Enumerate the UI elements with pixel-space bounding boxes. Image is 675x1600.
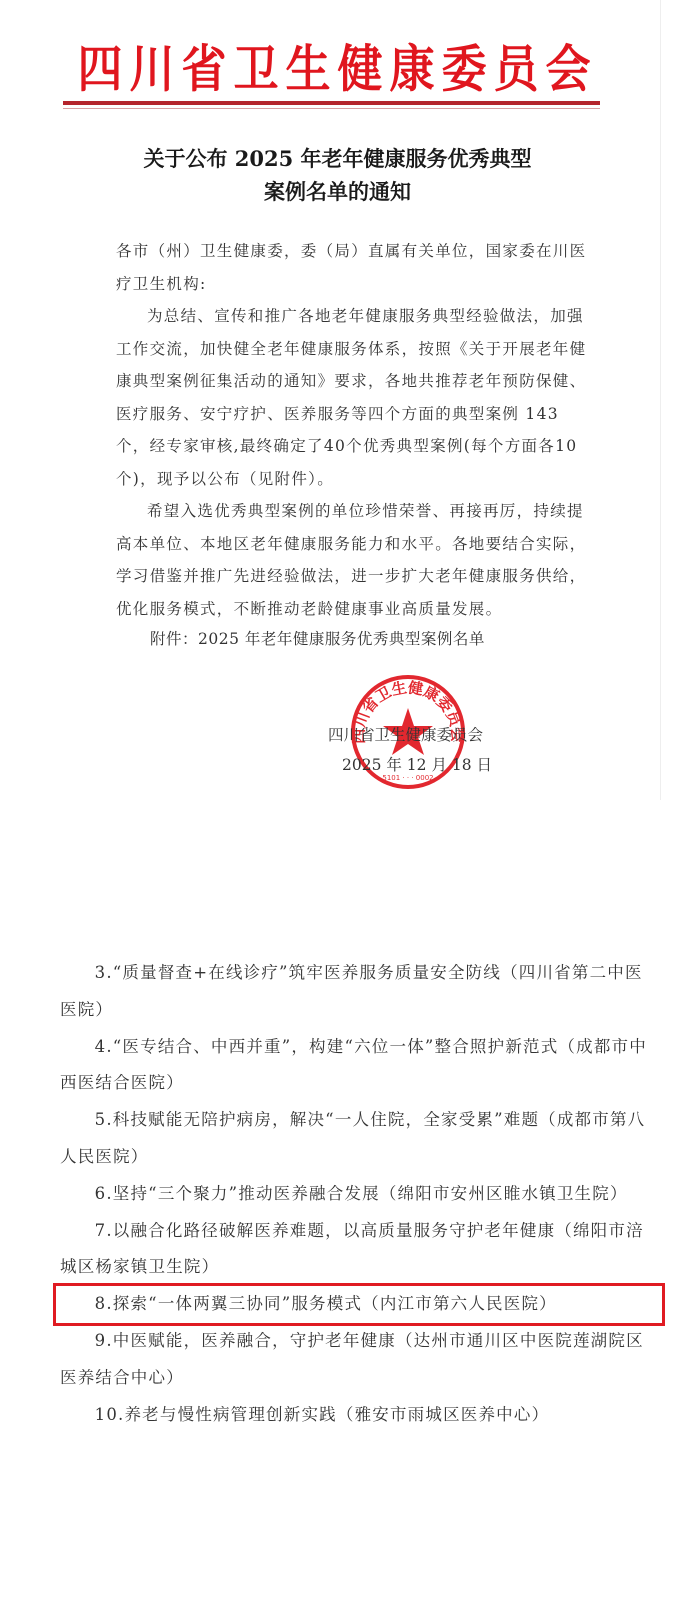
signature-date: 2025 年 12 月 18 日 [328,750,528,780]
salutation: 各市（州）卫生健康委，委（局）直属有关单位，国家委在川医疗卫生机构: [116,235,596,300]
list-item-9: 9.中医赋能，医养融合，守护老年健康（达州市通川区中医院莲湖院区医养结合中心） [60,1323,660,1397]
document-body: 各市（州）卫生健康委，委（局）直属有关单位，国家委在川医疗卫生机构: 为总结、宣… [116,235,596,625]
attachment-note: 附件：2025 年老年健康服务优秀典型案例名单 [150,627,485,649]
masthead-title: 四川省卫生健康委员会 [0,28,675,101]
list-item-3: 3.“质量督查+在线诊疗”筑牢医养服务质量安全防线（四川省第二中医医院） [60,955,660,1029]
document-title-line-2: 案例名单的通知 [0,175,675,208]
paragraph-1: 为总结、宣传和推广各地老年健康服务典型经验做法，加强工作交流，加快健全老年健康服… [116,300,596,495]
notice-page: 四川省卫生健康委员会 关于公布 2025 年老年健康服务优秀典型 案例名单的通知… [0,0,661,800]
document-title: 关于公布 2025 年老年健康服务优秀典型 案例名单的通知 [0,142,675,208]
masthead-rule-thin [63,108,600,109]
list-item-10: 10.养老与慢性病管理创新实践（雅安市雨城区医养中心） [60,1397,660,1434]
case-list: 3.“质量督查+在线诊疗”筑牢医养服务质量安全防线（四川省第二中医医院） 4.“… [60,955,660,1433]
masthead-rule-thick [63,101,600,105]
document-title-line-1: 关于公布 2025 年老年健康服务优秀典型 [0,142,675,175]
signature-block: 四川省卫生健康委员会 2025 年 12 月 18 日 [328,720,528,780]
list-item-7: 7.以融合化路径破解医养难题，以高质量服务守护老年健康（绵阳市涪城区杨家镇卫生院… [60,1213,660,1287]
list-item-5: 5.科技赋能无陪护病房，解决“一人住院，全家受累”难题（成都市第八人民医院） [60,1102,660,1176]
paragraph-2: 希望入选优秀典型案例的单位珍惜荣誉、再接再厉，持续提高本单位、本地区老年健康服务… [116,495,596,625]
list-item-6: 6.坚持“三个聚力”推动医养融合发展（绵阳市安州区睢水镇卫生院） [60,1176,660,1213]
list-item-8-highlighted: 8.探索“一体两翼三协同”服务模式（内江市第六人民医院） [56,1286,662,1323]
signature-org: 四川省卫生健康委员会 [328,720,528,750]
list-item-4: 4.“医专结合、中西并重”，构建“六位一体”整合照护新范式（成都市中西医结合医院… [60,1029,660,1103]
